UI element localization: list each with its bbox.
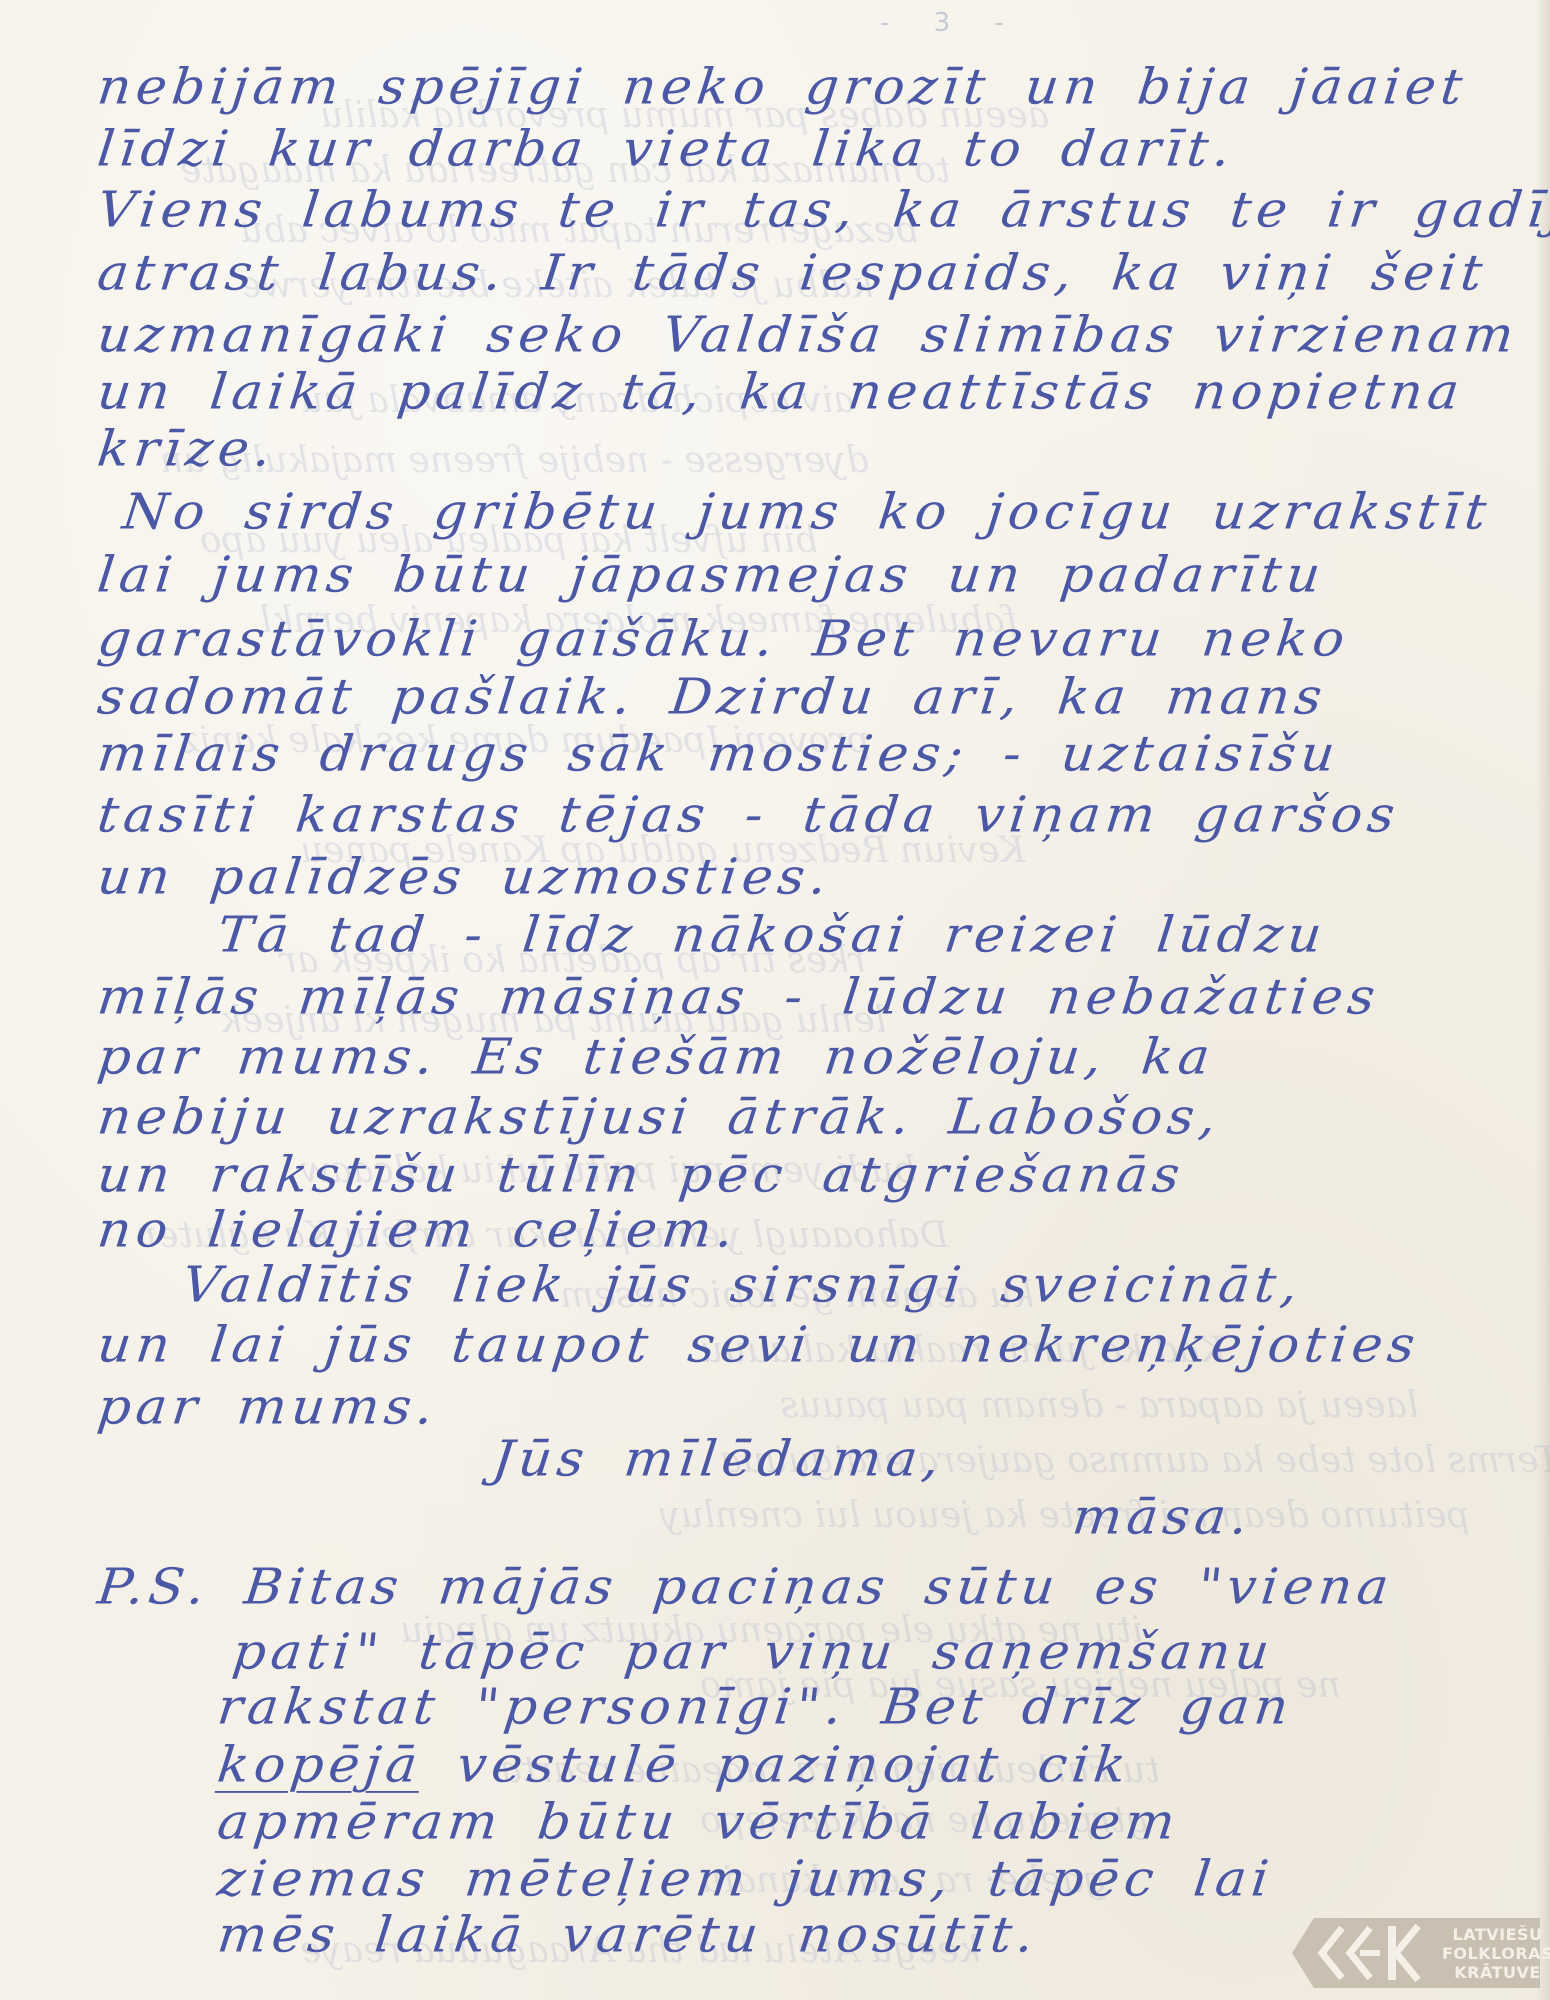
closing-salutation: Jūs mīlēdama, [490,1435,946,1484]
body-line: lai jums būtu jāpasmejas un padarītu [95,551,1328,600]
body-line: un palīdzēs uzmosties. [95,853,834,902]
body-line: par mums. Es tiešām nožēloju, ka [95,1033,1217,1082]
logo-line-folkloras: FOLKLORAS [1442,1944,1550,1963]
logo-line-kratuve: KRĀTUVE [1442,1963,1550,1982]
body-line: No sirds gribētu jums ko jocīgu uzrakstī… [120,488,1494,537]
body-line: un laikā palīdz tā, ka neattīstās nopiet… [95,368,1466,417]
body-line: nebijām spējīgi neko grozīt un bija jāai… [95,63,1470,112]
body-line: un lai jūs taupot sevi un nekreņķējoties [95,1321,1422,1370]
postscript-line: P.S. Bitas mājās paciņas sūtu es "viena [95,1563,1396,1612]
body-line: par mums. [95,1383,440,1432]
postscript-line: ziemas mēteļiem jums, tāpēc lai [215,1855,1276,1904]
signature: māsa. [1070,1493,1255,1542]
body-line: garastāvokli gaišāku. Bet nevaru neko [95,615,1352,664]
logo-line-latviesu: LATVIEŠU [1442,1925,1550,1944]
postscript-line: mēs laikā varētu nosūtīt. [215,1911,1041,1960]
postscript-line: apmēram būtu vērtībā labiem [215,1798,1182,1847]
body-line: Valdītis liek jūs sirsnīgi sveicināt, [180,1261,1305,1310]
logo-text: LATVIEŠU FOLKLORAS KRĀTUVE [1442,1925,1550,1982]
body-line: mīlais draugs sāk mosties; - uztaisīšu [95,730,1342,779]
body-line: Tā tad - līdz nākošai reizei lūdzu [215,911,1329,960]
body-line: atrast labus. Ir tāds iespaids, ka viņi … [95,249,1490,298]
body-line: uzmanīgāki seko Valdīša slimības virzien… [95,311,1521,360]
page-edge-shadow [1536,0,1550,2000]
body-line: sadomāt pašlaik. Dzirdu arī, ka mans [95,673,1329,722]
body-line: no lielajiem ceļiem. [95,1206,741,1255]
body-line: nebiju uzrakstījusi ātrāk. Labošos, [95,1093,1223,1142]
postscript-line: kopējā vēstulē paziņojat cik [215,1741,1133,1790]
page-number: - 3 - [880,8,1022,38]
postscript-line: pati" tāpēc par viņu saņemšanu [230,1628,1276,1677]
body-line: un rakstīšu tūlīn pēc atgriešanās [95,1151,1187,1200]
body-line: līdzi kur darba vieta lika to darīt. [95,125,1237,174]
body-line: krīze. [95,425,278,474]
body-line: Viens labums te ir tas, ka ārstus te ir … [95,186,1550,235]
body-line: tasīti karstas tējas - tāda viņam garšos [95,791,1402,840]
underlined-word: kopējā [215,1737,425,1794]
postscript-line: rakstat "personīgi". Bet drīz gan [215,1683,1296,1732]
lfk-watermark-logo: LATVIEŠU FOLKLORAS KRĀTUVE [1292,1918,1540,1988]
body-line: mīļās mīļās māsiņas - lūdzu nebažaties [95,973,1382,1022]
